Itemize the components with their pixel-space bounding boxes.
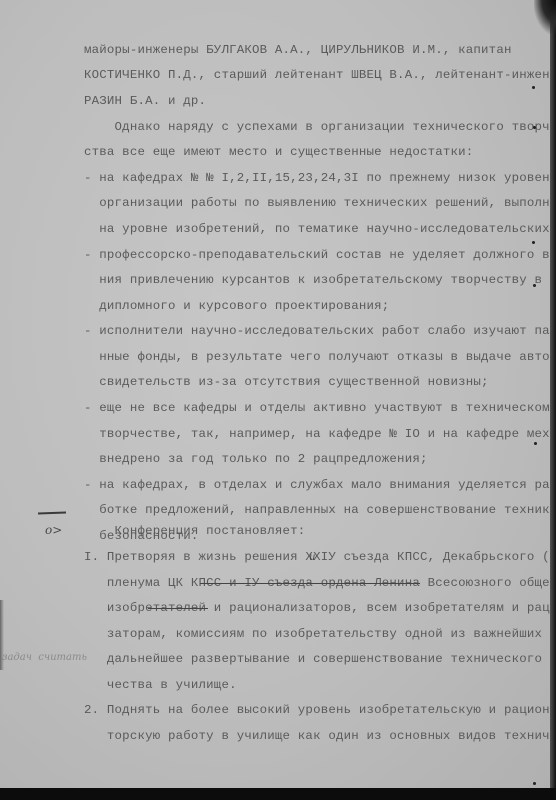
- scan-border: [0, 788, 556, 800]
- text-line: нные фонды, в результате чего получают о…: [84, 350, 556, 364]
- text-line: Конференция постановляет:: [84, 524, 305, 538]
- strikethrough-line: [148, 608, 208, 609]
- text-line: организации работы по выявлению техничес…: [84, 196, 556, 210]
- text-line: - исполнители научно-исследовательских р…: [84, 324, 556, 338]
- text-line: Однако наряду с успехами в организации т…: [84, 120, 556, 134]
- text-line: торскую работу в училище как один из осн…: [84, 729, 556, 743]
- text-line: заторам, комиссиям по изобретательству о…: [84, 627, 556, 641]
- text-line: РАЗИН Б.А. и др.: [84, 94, 206, 108]
- text-line: внедрено за год только по 2 рацпредложен…: [84, 452, 428, 466]
- text-line: ботке предложений, направленных на совер…: [84, 503, 556, 517]
- text-line: майоры-инженеры БУЛГАКОВ А.А., ЦИРУЛЬНИК…: [84, 43, 512, 57]
- text-line: творчестве, так, например, на кафедре № …: [84, 427, 556, 441]
- text-line: на уровне изобретений, по тематике научн…: [84, 222, 556, 236]
- text-line: - еще не все кафедры и отделы активно уч…: [84, 401, 550, 415]
- text-line: ства все еще имеют место и существенные …: [84, 145, 473, 159]
- paper-speck: [532, 241, 535, 244]
- text-line: I. Претворяя в жизнь решения XXIУ съезда…: [84, 550, 556, 564]
- document-page: майоры-инженеры БУЛГАКОВ А.А., ЦИРУЛЬНИК…: [0, 0, 556, 788]
- text-line: КОСТИЧЕНКО П.Д., старший лейтенант ШВЕЦ …: [84, 68, 556, 82]
- page-edge: [550, 0, 556, 788]
- paper-speck: [533, 284, 536, 287]
- handwritten-insertion: и: [309, 552, 315, 563]
- text-line: дальнейшее развертывание и совершенствов…: [84, 652, 556, 666]
- paper-speck: [532, 86, 535, 89]
- text-line: - на кафедрах, в отделах и службах мало …: [84, 478, 556, 492]
- paper-speck: [534, 442, 537, 445]
- text-line: 2. Поднять на более высокий уровень изоб…: [84, 703, 556, 717]
- strikethrough-line: [200, 583, 420, 584]
- text-line: чества в училище.: [84, 678, 237, 692]
- paper-speck: [533, 126, 536, 129]
- text-line: ния привлечению курсантов к изобретатель…: [84, 273, 556, 287]
- handwritten-underline: [38, 512, 66, 515]
- handwritten-mark: о>: [45, 523, 62, 537]
- torn-corner: [534, 0, 556, 34]
- text-line: свидетельств из-за отсутствия существенн…: [84, 375, 489, 389]
- paper-speck: [533, 782, 536, 785]
- handwritten-margin-note: задач считать: [2, 652, 87, 663]
- text-line: дипломного и курсового проектирования;: [84, 299, 389, 313]
- text-line: - на кафедрах № № I,2,II,15,23,24,3I по …: [84, 171, 556, 185]
- page-edge-shadow: [0, 600, 4, 670]
- text-line: - профессорско-преподавательский состав …: [84, 248, 556, 262]
